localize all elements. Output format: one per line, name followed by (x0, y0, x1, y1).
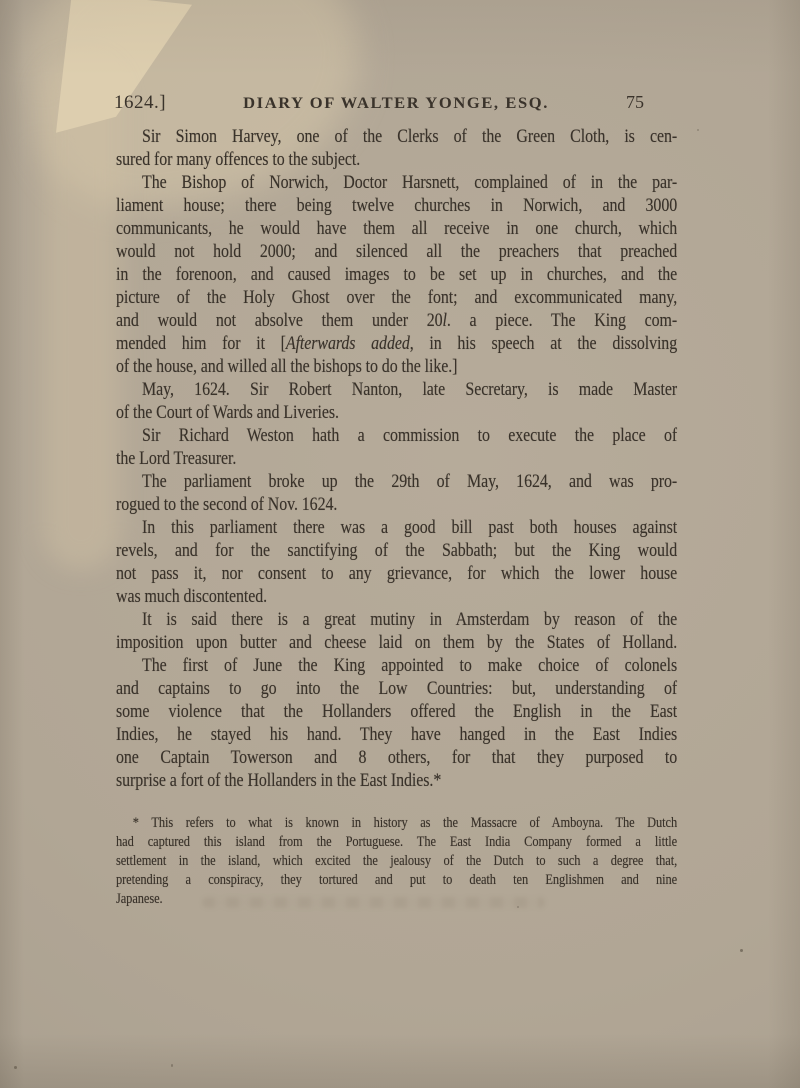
text-line: and captains to go into the Low Countrie… (116, 677, 677, 700)
text-line: picture of the Holy Ghost over the font;… (116, 286, 677, 309)
text-line: some violence that the Hollanders offere… (116, 700, 677, 723)
text-line: rogued to the second of Nov. 1624. (116, 493, 677, 516)
text-line: not pass it, nor consent to any grievanc… (116, 562, 677, 585)
ink-show-through (202, 897, 545, 908)
text-line: imposition upon butter and cheese laid o… (116, 631, 677, 654)
text-line: of the house, and willed all the bishops… (116, 355, 677, 378)
paragraph: Sir Richard Weston hath a commission to … (116, 424, 677, 470)
paper-speck (14, 1066, 17, 1069)
text-line: Indies, he stayed his hand. They have ha… (116, 723, 677, 746)
text-line: liament house; there being twelve church… (116, 194, 677, 217)
text-line: mended him for it [Afterwards added, in … (116, 332, 677, 355)
text-line: would not hold 2000; and silenced all th… (116, 240, 677, 263)
paragraph: Sir Simon Harvey, one of the Clerks of t… (116, 125, 677, 171)
running-header: 1624.] DIARY OF WALTER YONGE, ESQ. 75 (114, 92, 644, 114)
text-line: The first of June the King appointed to … (116, 654, 677, 677)
text-line: one Captain Towerson and 8 others, for t… (116, 746, 677, 769)
page-body-text: Sir Simon Harvey, one of the Clerks of t… (116, 125, 677, 792)
text-line: of the Court of Wards and Liveries. (116, 401, 677, 424)
paper-speck (740, 949, 743, 952)
text-line: Sir Simon Harvey, one of the Clerks of t… (116, 125, 677, 148)
running-header-title: DIARY OF WALTER YONGE, ESQ. (243, 93, 549, 112)
text-line: The parliament broke up the 29th of May,… (116, 470, 677, 493)
italic-text: Afterwards added (286, 333, 410, 354)
text-line: May, 1624. Sir Robert Nanton, late Secre… (116, 378, 677, 401)
text-line: * This refers to what is known in histor… (116, 814, 677, 833)
text-line: settlement in the island, which excited … (116, 852, 677, 871)
text-line: communicants, he would have them all rec… (116, 217, 677, 240)
paragraph: May, 1624. Sir Robert Nanton, late Secre… (116, 378, 677, 424)
text-line: was much discontented. (116, 585, 677, 608)
paragraph: * This refers to what is known in histor… (116, 814, 677, 909)
paragraph: In this parliament there was a good bill… (116, 516, 677, 608)
paper-speck (697, 129, 699, 131)
text-line: Sir Richard Weston hath a commission to … (116, 424, 677, 447)
text-line: had captured this island from the Portug… (116, 833, 677, 852)
text-line: pretending a conspiracy, they tortured a… (116, 871, 677, 890)
paragraph: The parliament broke up the 29th of May,… (116, 470, 677, 516)
text-line: revels, and for the sanctifying of the S… (116, 539, 677, 562)
text-line: surprise a fort of the Hollanders in the… (116, 769, 677, 792)
text-line: sured for many offences to the subject. (116, 148, 677, 171)
text-line: In this parliament there was a good bill… (116, 516, 677, 539)
footnote-text: * This refers to what is known in histor… (116, 814, 677, 909)
page-number: 75 (626, 92, 644, 113)
text-line: in the forenoon, and caused images to be… (116, 263, 677, 286)
paper-speck (171, 1064, 173, 1067)
paragraph: The first of June the King appointed to … (116, 654, 677, 792)
paper-speck (517, 906, 519, 908)
text-line: It is said there is a great mutiny in Am… (116, 608, 677, 631)
text-line: the Lord Treasurer. (116, 447, 677, 470)
running-header-date: 1624.] (114, 92, 166, 114)
text-line: The Bishop of Norwich, Doctor Harsnett, … (116, 171, 677, 194)
paragraph: The Bishop of Norwich, Doctor Harsnett, … (116, 171, 677, 378)
text-line: and would not absolve them under 20l. a … (116, 309, 677, 332)
book-page-scan: 1624.] DIARY OF WALTER YONGE, ESQ. 75 Si… (0, 0, 800, 1088)
paper-stain-band (42, 60, 120, 570)
paragraph: It is said there is a great mutiny in Am… (116, 608, 677, 654)
